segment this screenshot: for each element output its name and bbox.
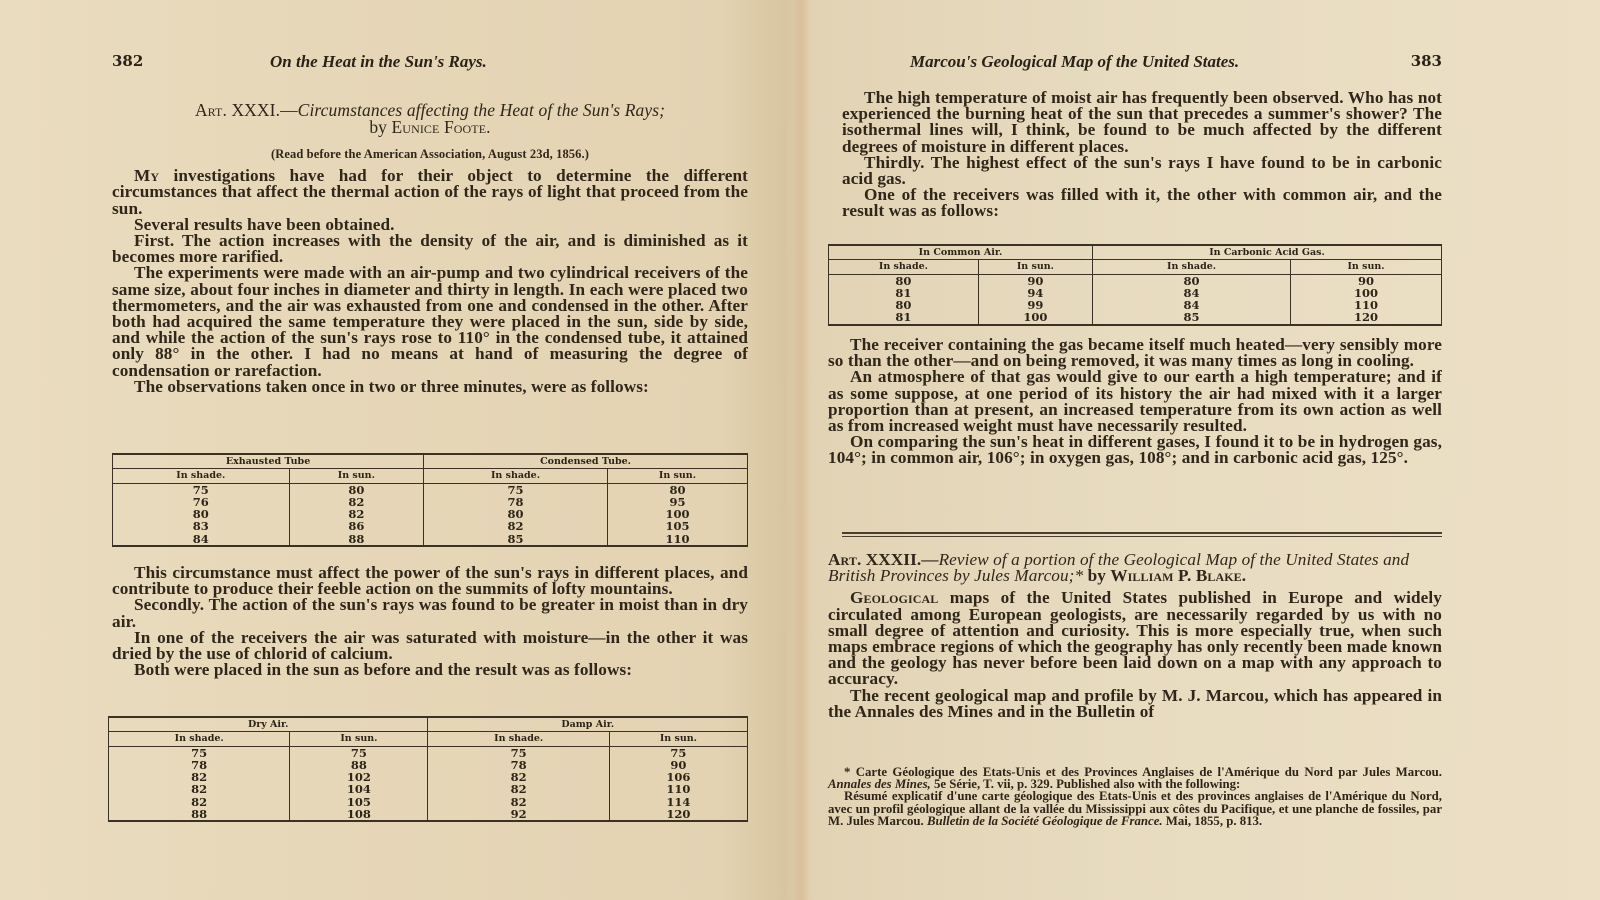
page-number: 382 xyxy=(112,52,143,70)
table-cell: 110 xyxy=(607,533,747,546)
section-divider-rule xyxy=(842,532,1442,537)
table-cell: 85 xyxy=(1093,311,1291,324)
byline-prefix: by xyxy=(1088,566,1106,585)
table-cell: 88 xyxy=(109,808,290,821)
paragraph: The recent geological map and profile by… xyxy=(828,688,1442,720)
table-cell: 75 xyxy=(428,746,609,759)
table-col-header: In shade. xyxy=(829,260,979,274)
table-cell: 105 xyxy=(607,520,747,532)
footnote-citation: Bulletin de la Société Géologique de Fra… xyxy=(927,814,1163,828)
article-dash: — xyxy=(280,100,298,120)
paragraph-text: investigations have had for their object… xyxy=(112,166,748,217)
table-cell: 88 xyxy=(289,533,424,546)
table-cell: 81 xyxy=(829,311,979,324)
right-flow-2: The receiver containing the gas became i… xyxy=(828,337,1442,467)
table-cell: 75 xyxy=(113,483,290,496)
page-number: 383 xyxy=(1411,52,1442,70)
table-cell: 110 xyxy=(609,783,747,795)
table-row: 8210482110 xyxy=(109,783,748,795)
byline-prefix: by xyxy=(369,117,387,137)
right-flow-3: Art. XXXII.—Review of a portion of the G… xyxy=(828,552,1442,720)
paragraph: The experiments were made with an air-pu… xyxy=(112,265,748,378)
paragraph: The receiver containing the gas became i… xyxy=(828,337,1442,369)
table-row: 8110085120 xyxy=(829,311,1442,324)
table-row: 80908090 xyxy=(829,274,1442,287)
table-col-header: In shade. xyxy=(1093,260,1291,274)
footnote: * Carte Géologique des Etats-Unis et des… xyxy=(828,766,1442,827)
paragraph: In one of the receivers the air was satu… xyxy=(112,630,748,662)
table-cell: 108 xyxy=(290,808,428,821)
paragraph: Thirdly. The highest effect of the sun's… xyxy=(842,155,1442,187)
table-cell: 90 xyxy=(978,274,1092,287)
table-group-header: Exhausted Tube xyxy=(113,454,424,469)
paragraph: This circumstance must affect the power … xyxy=(112,565,748,597)
table-cell: 75 xyxy=(609,746,747,759)
table-col-header: In sun. xyxy=(978,260,1092,274)
table-cell: 120 xyxy=(609,808,747,821)
running-title: Marcou's Geological Map of the United St… xyxy=(910,52,1239,72)
right-page: Marcou's Geological Map of the United St… xyxy=(842,0,1442,900)
table-col-header: In shade. xyxy=(109,732,290,746)
table-row: 819484100 xyxy=(829,287,1442,299)
paragraph: Geological maps of the United States pub… xyxy=(828,590,1442,687)
paragraph: Both were placed in the sun as before an… xyxy=(112,662,748,678)
table-cell: 75 xyxy=(109,746,290,759)
article2-heading: Art. XXXII.—Review of a portion of the G… xyxy=(828,552,1442,584)
left-running-head: 382 On the Heat in the Sun's Rays. xyxy=(112,52,748,74)
table-group-header: In Common Air. xyxy=(829,245,1093,260)
paragraph: The high temperature of moist air has fr… xyxy=(842,90,1442,155)
table-common-carbonic: In Common Air. In Carbonic Acid Gas. In … xyxy=(828,244,1442,326)
table-group-header: Dry Air. xyxy=(109,717,428,732)
table-group-header: Damp Air. xyxy=(428,717,748,732)
table-row: 75807580 xyxy=(113,483,748,496)
table-row: 809984110 xyxy=(829,299,1442,311)
table-row: 838682105 xyxy=(113,520,748,532)
left-page: 382 On the Heat in the Sun's Rays. Art. … xyxy=(112,0,748,900)
footnote-paragraph: Résumé explicatif d'une carte géologique… xyxy=(828,790,1442,827)
paragraph: Secondly. The action of the sun's rays w… xyxy=(112,597,748,629)
table-cell: 100 xyxy=(978,311,1092,324)
book-gutter xyxy=(792,0,810,900)
right-running-head: Marcou's Geological Map of the United St… xyxy=(842,52,1442,74)
footnote-paragraph: * Carte Géologique des Etats-Unis et des… xyxy=(828,766,1442,790)
paragraph: The observations taken once in two or th… xyxy=(112,379,748,395)
table-cell: 80 xyxy=(1093,274,1291,287)
table-row: 75757575 xyxy=(109,746,748,759)
table-cell: 104 xyxy=(290,783,428,795)
table-cell: 80 xyxy=(607,483,747,496)
footnote-text: Mai, 1855, p. 813. xyxy=(1163,814,1263,828)
table-col-header: In sun. xyxy=(1291,260,1442,274)
article-author: Eunice Foote. xyxy=(392,117,491,137)
table-cell: 120 xyxy=(1291,311,1442,324)
table-exhausted-condensed: Exhausted Tube Condensed Tube. In shade.… xyxy=(112,453,748,547)
table-row: 848885110 xyxy=(113,533,748,546)
table-cell: 82 xyxy=(424,520,608,532)
table-cell: 92 xyxy=(428,808,609,821)
table-cell: 82 xyxy=(109,783,290,795)
article-label: Art. XXXI. xyxy=(195,100,280,120)
right-flow-1: The high temperature of moist air has fr… xyxy=(842,90,1442,220)
paragraph: One of the receivers was filled with it,… xyxy=(842,187,1442,219)
running-title: On the Heat in the Sun's Rays. xyxy=(270,52,487,72)
paragraph: An atmosphere of that gas would give to … xyxy=(828,369,1442,434)
table-group-header: Condensed Tube. xyxy=(424,454,748,469)
table-col-header: In shade. xyxy=(424,469,608,483)
paragraph: My investigations have had for their obj… xyxy=(112,168,748,217)
table-col-header: In sun. xyxy=(607,469,747,483)
table-cell: 90 xyxy=(1291,274,1442,287)
table-cell: 80 xyxy=(829,274,979,287)
table-col-header: In shade. xyxy=(428,732,609,746)
table-col-header: In sun. xyxy=(609,732,747,746)
table-cell: 82 xyxy=(428,783,609,795)
article-author: William P. Blake. xyxy=(1110,566,1246,585)
table-col-header: In sun. xyxy=(289,469,424,483)
table-cell: 75 xyxy=(424,483,608,496)
table-cell: 86 xyxy=(289,520,424,532)
table-cell: 85 xyxy=(424,533,608,546)
left-flow-2: This circumstance must affect the power … xyxy=(112,565,748,678)
table-cell: 75 xyxy=(290,746,428,759)
article-heading: Art. XXXI.—Circumstances affecting the H… xyxy=(112,102,748,136)
table-row: 8810892120 xyxy=(109,808,748,821)
paragraph: On comparing the sun's heat in different… xyxy=(828,434,1442,466)
left-flow-1: Art. XXXI.—Circumstances affecting the H… xyxy=(112,102,748,395)
table-cell: 84 xyxy=(113,533,290,546)
read-note: (Read before the American Association, A… xyxy=(112,146,748,162)
table-cell: 80 xyxy=(289,483,424,496)
table-dry-damp-air: Dry Air. Damp Air. In shade. In sun. In … xyxy=(108,716,748,822)
table-col-header: In sun. xyxy=(290,732,428,746)
paragraph: First. The action increases with the den… xyxy=(112,233,748,265)
table-col-header: In shade. xyxy=(113,469,290,483)
table-group-header: In Carbonic Acid Gas. xyxy=(1093,245,1442,260)
table-cell: 83 xyxy=(113,520,290,532)
